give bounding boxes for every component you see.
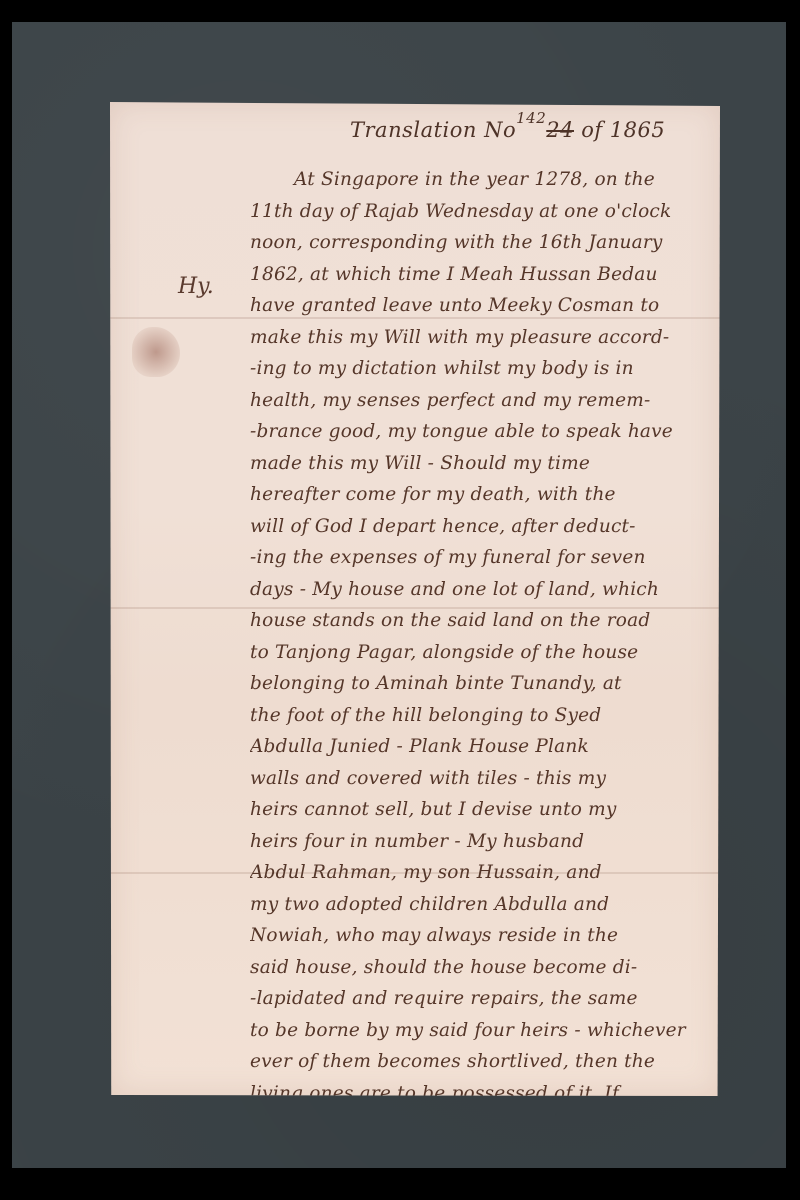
manuscript-line: 11th day of Rajab Wednesday at one o'clo… xyxy=(250,196,702,228)
manuscript-line: heirs four in number - My husband xyxy=(250,826,702,858)
manuscript-line: Nowiah, who may always reside in the xyxy=(250,920,702,952)
manuscript-line: made this my Will - Should my time xyxy=(250,448,702,480)
manuscript-line: Abdulla Junied - Plank House Plank xyxy=(250,731,702,763)
manuscript-line: noon, corresponding with the 16th Januar… xyxy=(250,227,702,259)
manuscript-line: belonging to Aminah binte Tunandy, at xyxy=(250,668,702,700)
manuscript-line: to be borne by my said four heirs - whic… xyxy=(250,1015,702,1047)
document-heading: Translation No14224 of 1865 xyxy=(350,118,665,142)
manuscript-line: -ing to my dictation whilst my body is i… xyxy=(250,353,702,385)
mounting-mat: Translation No14224 of 1865 Hy. At Singa… xyxy=(12,22,786,1168)
wax-seal-stain xyxy=(132,327,180,377)
manuscript-body: At Singapore in the year 1278, on the 11… xyxy=(250,164,702,1172)
manuscript-line: said house, should the house become di- xyxy=(250,952,702,984)
heading-number: 142 xyxy=(516,109,546,127)
manuscript-line: -lapidated and require repairs, the same xyxy=(250,983,702,1015)
heading-prefix: Translation No xyxy=(350,118,516,142)
manuscript-line: the foot of the hill belonging to Syed xyxy=(250,700,702,732)
manuscript-line: -ing the expenses of my funeral for seve… xyxy=(250,542,702,574)
manuscript-line: have granted leave unto Meeky Cosman to xyxy=(250,290,702,322)
manuscript-line: -brance good, my tongue able to speak ha… xyxy=(250,416,702,448)
manuscript-line: heirs cannot sell, but I devise unto my xyxy=(250,794,702,826)
heading-struck-number: 24 xyxy=(546,118,574,142)
manuscript-line: ever of them becomes shortlived, then th… xyxy=(250,1046,702,1078)
manuscript-line: living ones are to be possessed of it. I… xyxy=(250,1078,702,1110)
manuscript-page: Translation No14224 of 1865 Hy. At Singa… xyxy=(110,102,720,1096)
manuscript-line: days - My house and one lot of land, whi… xyxy=(250,574,702,606)
manuscript-line: to Tanjong Pagar, alongside of the house xyxy=(250,637,702,669)
margin-annotation: Hy. xyxy=(178,274,214,299)
manuscript-line: At Singapore in the year 1278, on the xyxy=(250,164,702,196)
manuscript-line: my two adopted children Abdulla and xyxy=(250,889,702,921)
manuscript-line: walls and covered with tiles - this my xyxy=(250,763,702,795)
manuscript-line: make this my Will with my pleasure accor… xyxy=(250,322,702,354)
manuscript-line: health, my senses perfect and my remem- xyxy=(250,385,702,417)
manuscript-line: will of God I depart hence, after deduct… xyxy=(250,511,702,543)
manuscript-line: 1862, at which time I Meah Hussan Bedau xyxy=(250,259,702,291)
manuscript-line: the said one is to become possessed, and xyxy=(250,1141,702,1173)
manuscript-line: house stands on the said land on the roa… xyxy=(250,605,702,637)
manuscript-line: hereafter come for my death, with the xyxy=(250,479,702,511)
manuscript-line: only one of the four aforesaid heirs rem… xyxy=(250,1109,702,1141)
manuscript-line: Abdul Rahman, my son Hussain, and xyxy=(250,857,702,889)
heading-year: of 1865 xyxy=(581,118,665,142)
